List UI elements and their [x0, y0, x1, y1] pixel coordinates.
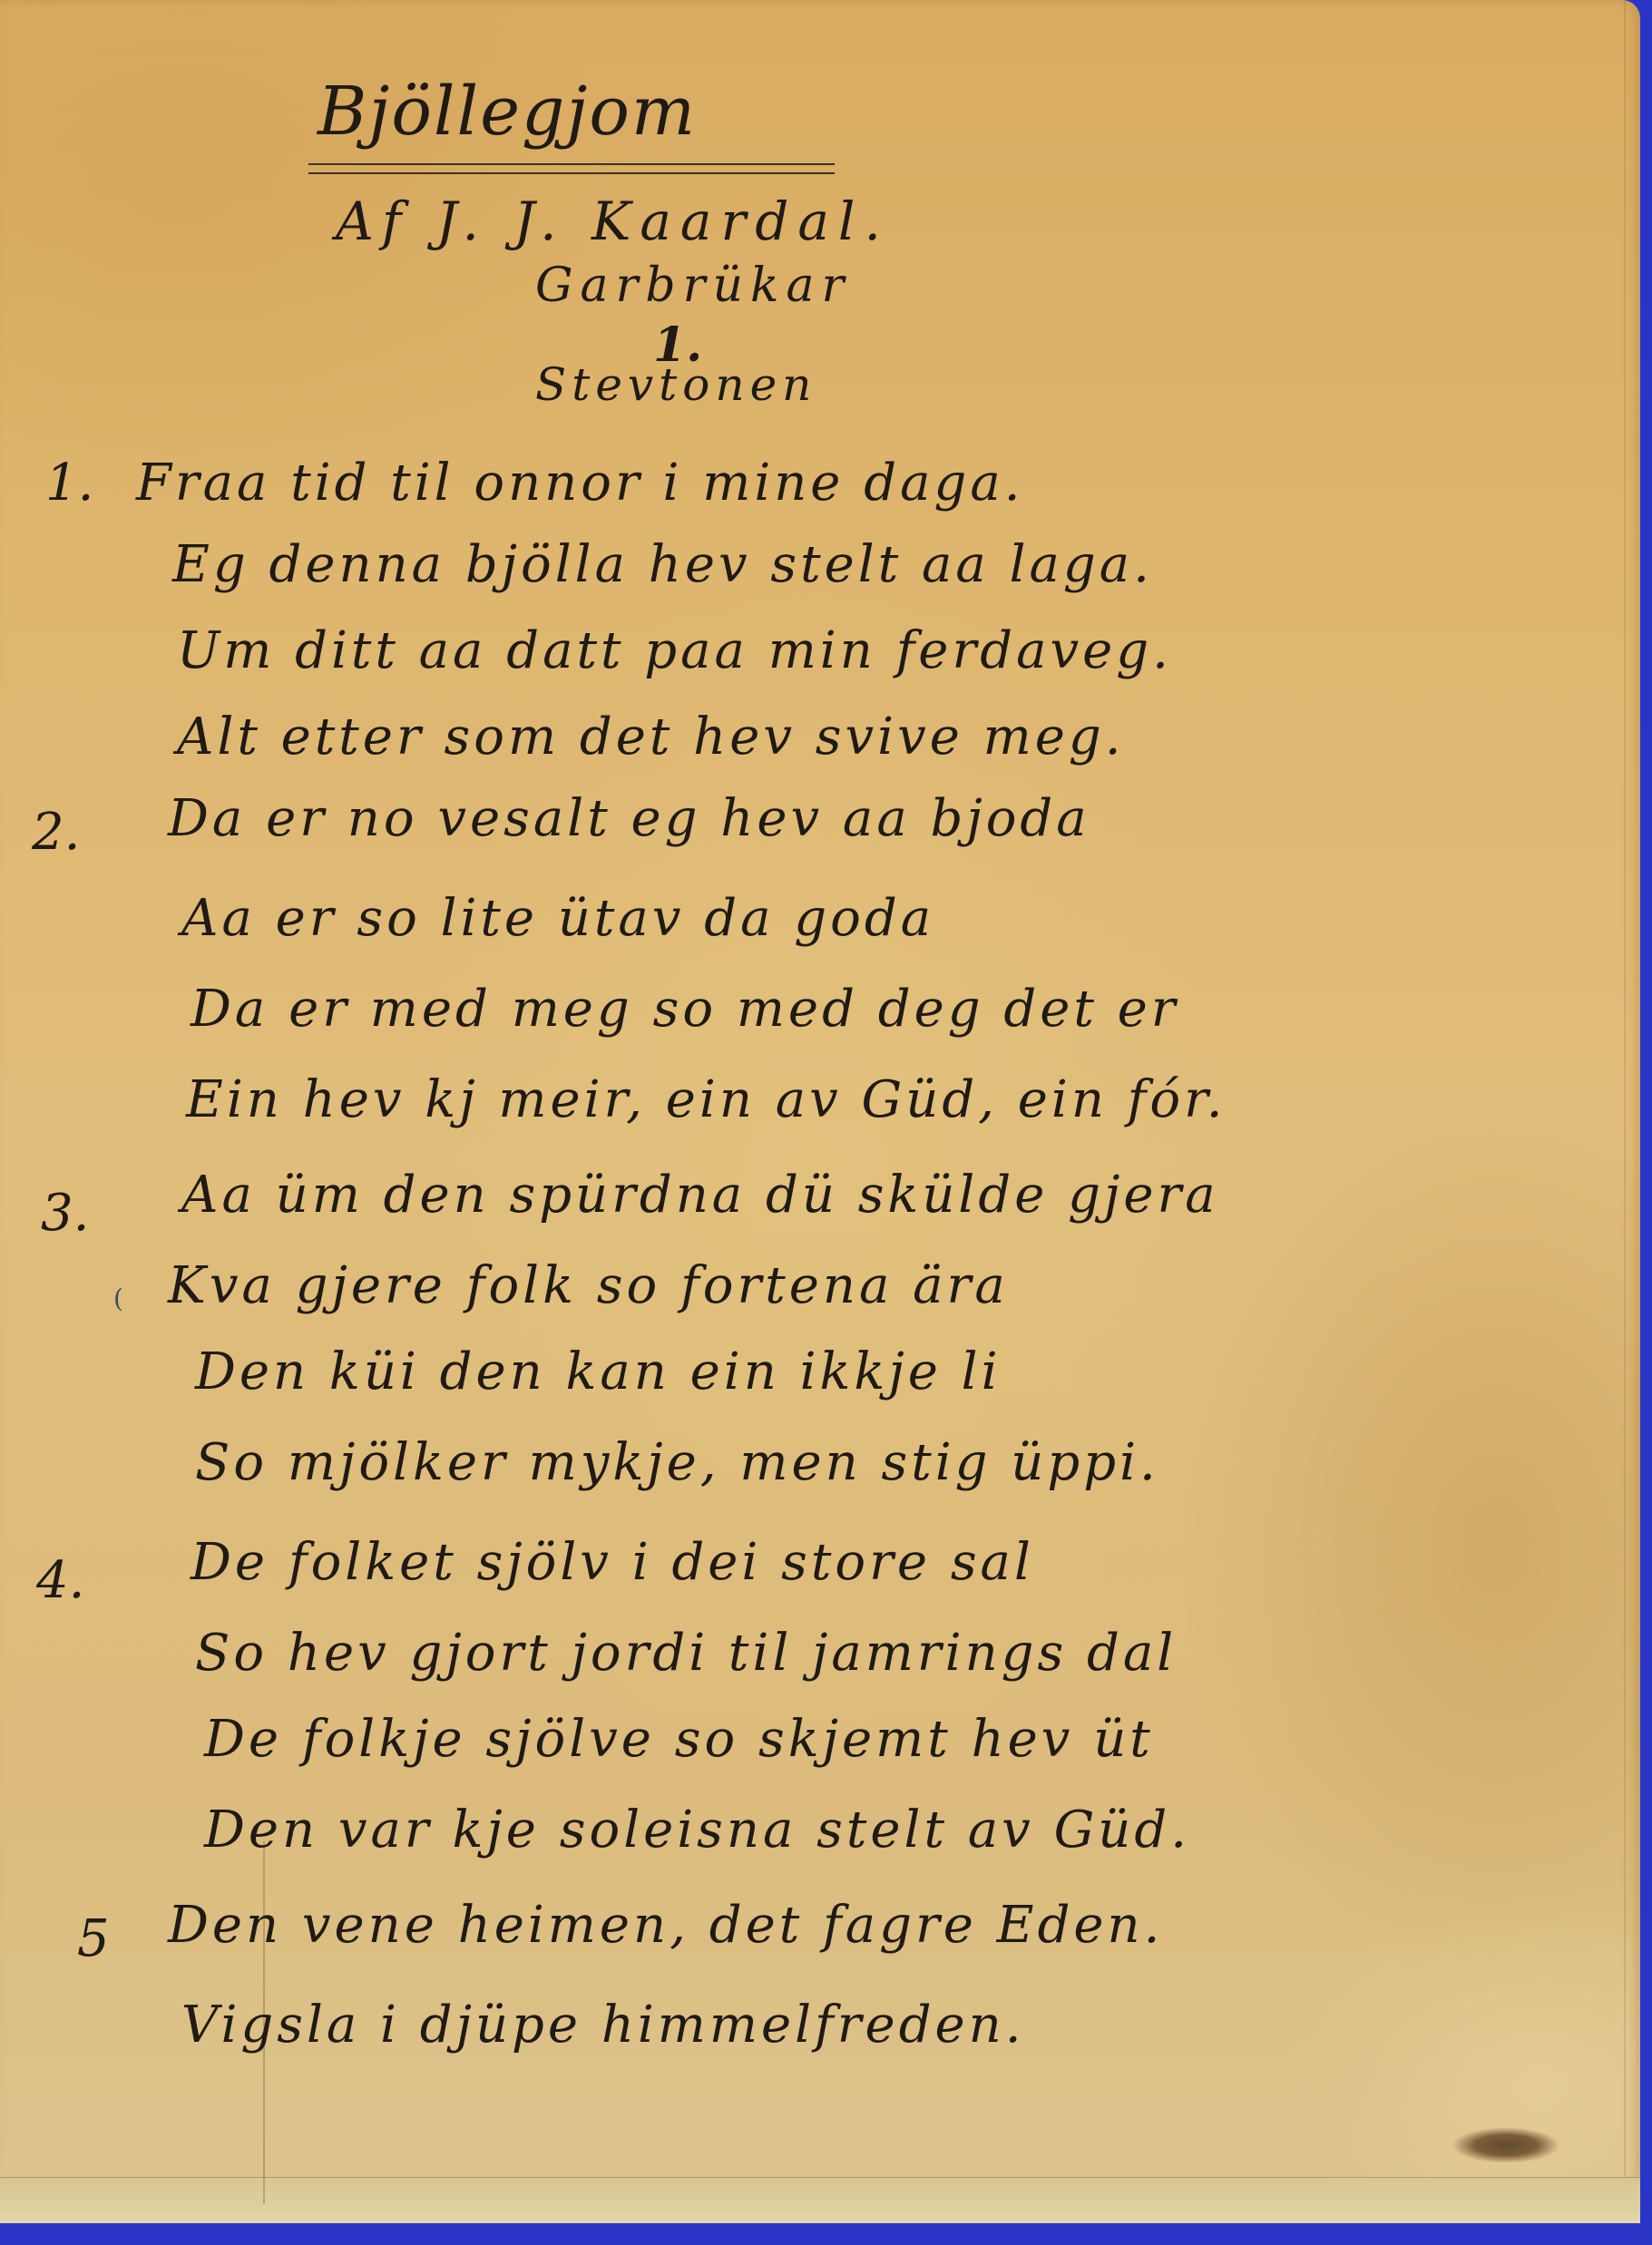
verse-line: Alt etter som det hev svive meg.	[177, 708, 1125, 766]
stanza-number: 5	[77, 1909, 110, 1968]
verse-line: Ein hev kj meir, ein av Güd, ein fór.	[186, 1070, 1227, 1129]
verse-line: Eg denna bjölla hev stelt aa laga.	[172, 535, 1153, 594]
section-title: Stevtonen	[535, 358, 816, 411]
verse-line: Fraa tid til onnor i mine daga.	[136, 454, 1024, 512]
page-fold-strip	[0, 2177, 1640, 2223]
verse-line: Aa er so lite ütav da goda	[181, 889, 934, 948]
verse-line: Vigsla i djüpe himmelfreden.	[181, 1996, 1025, 2055]
verse-line: De folkje sjölve so skjemt hev üt	[204, 1710, 1154, 1769]
ink-stain	[1452, 2127, 1560, 2163]
verse-line: Kva gjere folk so fortena ära	[168, 1256, 1009, 1315]
stanza-number: 3.	[41, 1184, 89, 1243]
page-edge-shadow	[1624, 0, 1626, 2177]
verse-line: Da er med meg so med deg det er	[191, 980, 1179, 1039]
verse-line: Da er no vesalt eg hev aa bjoda	[168, 789, 1090, 848]
verse-line: Den var kje soleisna stelt av Güd.	[204, 1801, 1190, 1859]
verse-line: De folket sjölv i dei store sal	[191, 1533, 1034, 1592]
verse-line: Aa üm den spürdna dü skülde gjera	[181, 1166, 1219, 1225]
stanza-number: 2.	[32, 803, 80, 862]
manuscript-page: Bjöllegjom Af J. J. Kaardal. Garbrükar 1…	[0, 0, 1640, 2222]
verse-line: Den vene heimen, det fagre Eden.	[168, 1896, 1163, 1955]
author-occupation: Garbrükar	[535, 259, 851, 313]
margin-mark: (	[113, 1284, 123, 1313]
verse-line: So hev gjort jordi til jamrings dal	[195, 1624, 1177, 1683]
verse-line: So mjölker mykje, men stig üppi.	[195, 1433, 1159, 1492]
verse-line: Um ditt aa datt paa min ferdaveg.	[177, 621, 1172, 680]
title-underline	[308, 163, 835, 174]
stanza-number: 1.	[45, 454, 93, 512]
document-title: Bjöllegjom	[318, 73, 697, 151]
author-line: Af J. J. Kaardal.	[336, 190, 890, 252]
stanza-number: 4.	[36, 1551, 84, 1610]
verse-line: Den küi den kan ein ikkje li	[195, 1342, 1001, 1401]
